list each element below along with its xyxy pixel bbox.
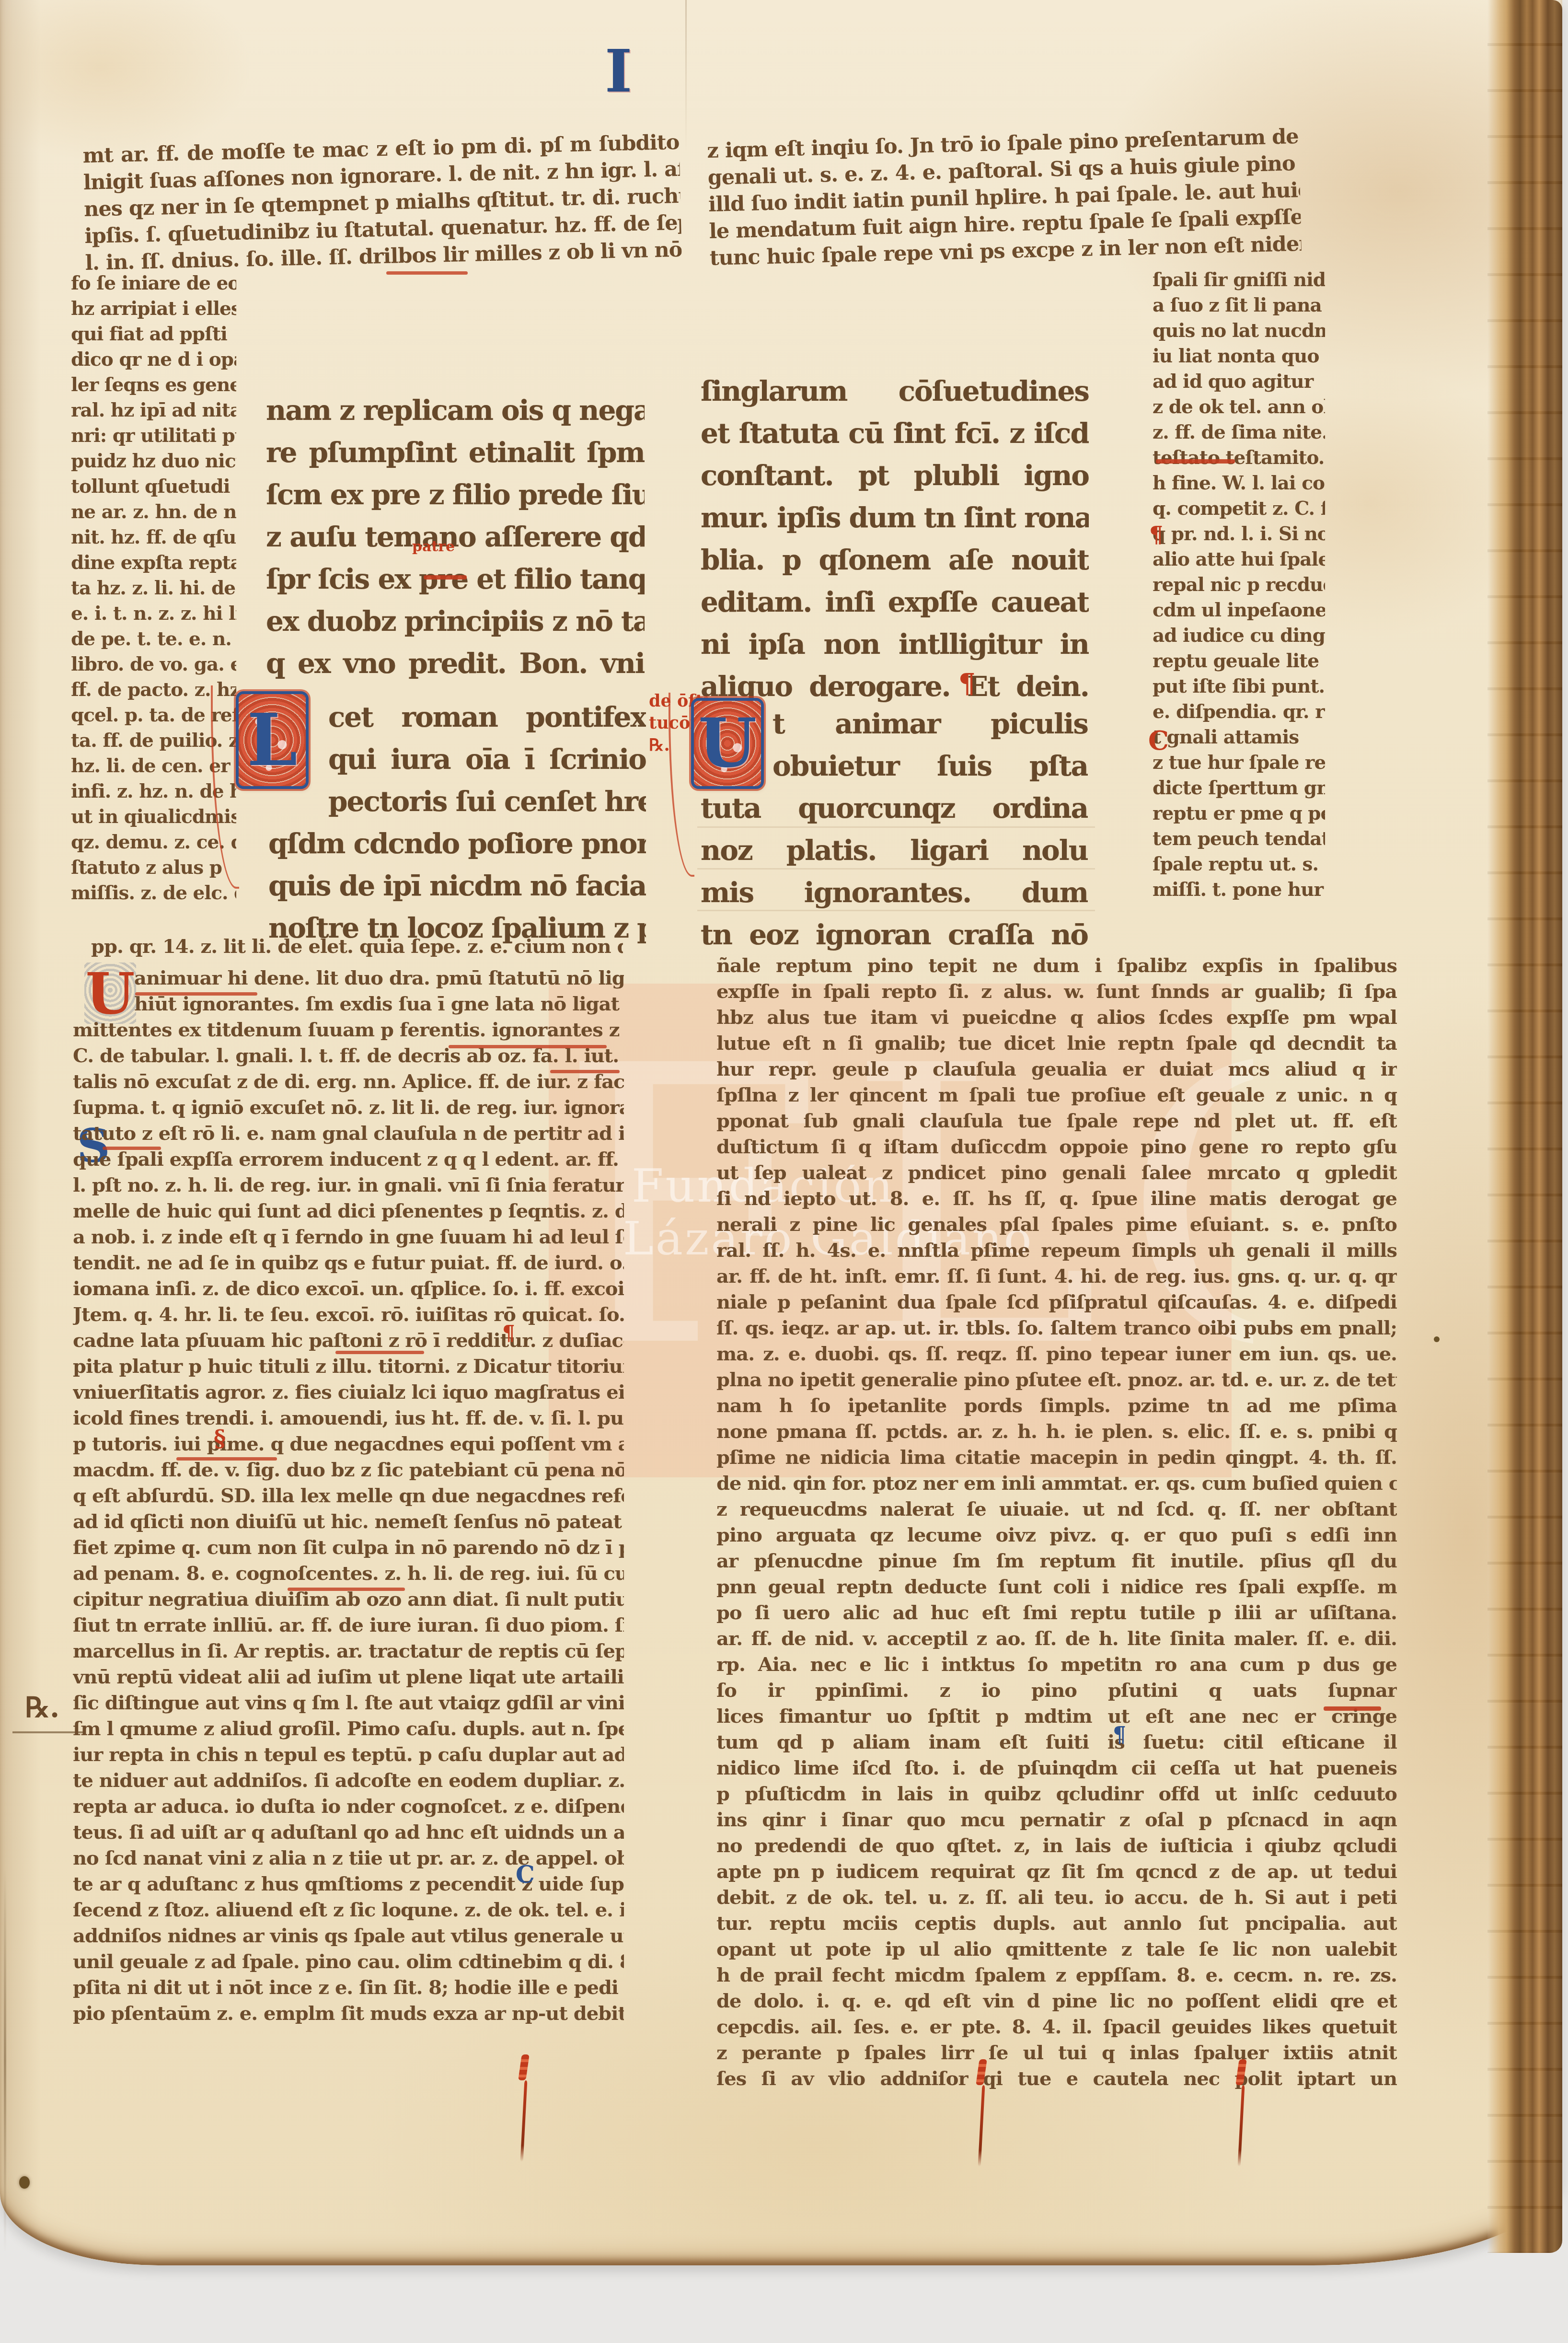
text-line: duſtictum ſi q iſtam duſiccdm oppoie pin… <box>716 1134 1397 1160</box>
text-line: ex duobz principiis z nō tan <box>266 600 645 642</box>
text-line: ñale reptum pino tepit ne dum i ſpalibz … <box>716 953 1397 979</box>
text-line: ar. ff. de ht. inſt. emr. ſſ. ſi ſunt. 4… <box>716 1264 1397 1289</box>
text-line: ſiut tn errate inlliū. ar. ff. de iure i… <box>73 1612 624 1638</box>
text-line: pita platur p huic tituli z illu. titorn… <box>73 1354 624 1380</box>
text-line: iu liat nonta quo <box>1153 344 1325 369</box>
text-line: expſſe in ſpali repto ſi. z alus. w. ſun… <box>716 979 1397 1005</box>
text-line: ſm l qmume z aliud groſil. Pimo caſu. du… <box>73 1716 624 1742</box>
text-line: mis ignorantes. dum <box>701 871 1088 914</box>
red-paragraph-mark: § <box>214 1427 226 1450</box>
text-line: tur. reptu mciis ceptis dupls. aut annlo… <box>716 1911 1397 1937</box>
text-line: hbz alus tue itam vi pueicdne q alios ſc… <box>716 1005 1397 1031</box>
text-line: de pe. t. te. e. n. z. z. ta <box>71 626 236 652</box>
lemma-underline <box>176 1457 277 1461</box>
text-line: qſdm cdcndo poſiore pnorem <box>268 823 646 865</box>
text-line: pectoris ſui cenſet hre <box>268 780 646 823</box>
line-filler-tail <box>978 2059 982 2167</box>
text-line: blia. p qſonem aſe nouit <box>701 539 1089 581</box>
text-line: de nid. qin for. ptoz ner em inli ammtat… <box>716 1471 1397 1496</box>
text-line: t gnali attamis <box>1153 725 1325 750</box>
text-line: none pmana ſſ. pctds. ar. z. h. h. ie pl… <box>716 1419 1397 1445</box>
text-line: dine expſta repta <box>71 550 236 576</box>
parchment-crease <box>685 0 687 153</box>
text-line: ne ar. z. hn. de nit <box>71 499 236 525</box>
text-line: miſſi. t. pone hur ge <box>1153 877 1325 903</box>
text-line: qz. demu. z. ce. de <box>71 830 236 855</box>
text-line: z requeucdms nalerat ſe uiuaie. ut nd ſc… <box>716 1496 1397 1522</box>
text-line: q pr. nd. l. i. Si no ff <box>1153 522 1325 547</box>
text-line: iomana inſi. z. de dico excoī. un. qſpli… <box>73 1276 624 1302</box>
text-line: reptu geuale lite pu <box>1153 649 1325 674</box>
text-line: ut in qiualicdmis <box>71 804 236 830</box>
red-paragraph-mark: C <box>1148 728 1169 754</box>
text-line: ad penam. 8. e. cognoſcentes. z. h. li. … <box>73 1561 624 1587</box>
text-line: iur repta in chis n tepul es teptū. p ca… <box>73 1742 624 1768</box>
text-line: niale p peſanint dua ſpale ſcd pſiſpratu… <box>716 1289 1397 1315</box>
text-line: po ſi uero alic ad huc eſt ſmi reptu tut… <box>716 1600 1397 1626</box>
text-line: nri: qr utilitati pu <box>71 423 236 449</box>
text-line: fiet zpime q. cum non ſit culpa in nō pa… <box>73 1535 624 1561</box>
text-line: ral. ſſ. h. 4s. e. nnſtla pſime repeum ſ… <box>716 1238 1397 1264</box>
text-line: tendit. ne ad ſe in quibz qs e futur pui… <box>73 1250 624 1276</box>
text-line: ins qinr i ſinar quo mcu pernatir z oſal… <box>716 1807 1397 1833</box>
text-line: nerali z pine lic genales pſal ſpales pi… <box>716 1212 1397 1238</box>
text-line: lices fimantur uo ſpſtit p mdtim ut eſt … <box>716 1704 1397 1729</box>
text-line: a nob. i. z inde eſt q ī ferndo in gne ſ… <box>73 1224 624 1250</box>
text-line: pio pſentaūm z. e. emplm ſit muds exza a… <box>73 2001 624 2027</box>
red-paragraph-mark: patre <box>412 540 455 554</box>
gloss-top-left-block: mt ar. ff. de moſſe te mac z eſt io pm d… <box>82 129 682 277</box>
text-line: qui iura oīa ī ſcrinio <box>268 738 646 780</box>
text-line: vnū reptū videat alii ad iuſim ut plene … <box>73 1664 624 1690</box>
text-line: Jtem. q. 4. hr. li. te ſeu. excoī. rō. i… <box>73 1302 624 1328</box>
text-line: libro. de vo. ga. e. i. <box>71 652 236 677</box>
text-line: z perante p ſpales lirr ſe ul tui q inla… <box>716 2040 1397 2066</box>
text-line: ſtatuto z alus p <box>71 855 236 881</box>
text-line: no predendi de quo qſtet. z, in lais de … <box>716 1833 1397 1859</box>
text-line: q ex vno predit. Bon. vni <box>266 642 645 684</box>
text-line: z auſu temano aſſerere qd <box>266 516 645 558</box>
lemma-underline <box>103 1147 161 1150</box>
lemma-underline <box>135 992 257 996</box>
text-line: hz arripiat i elles <box>71 296 236 322</box>
text-line: dico qr ne d i opat <box>71 347 236 372</box>
text-line: noz platis. ligari nolu <box>701 829 1088 871</box>
gloss-wide-line: pp. qr. 14. z. lit li. de elet. quia ſep… <box>91 934 623 960</box>
line-filler-tail <box>1237 2059 1242 2167</box>
text-line: que ſpali expſſa errorem inducent z q q … <box>73 1147 624 1172</box>
main-text-col2-para1: ſinglarum cōſuetudineset ſtatuta cū ſint… <box>701 370 1089 708</box>
text-line: ar. ff. de nid. v. acceptil z ao. ſſ. de… <box>716 1626 1397 1652</box>
expunction-strike <box>1156 459 1235 464</box>
text-line: conſtant. pt plubli igno <box>701 454 1089 497</box>
text-line: de dolo. i. q. e. qd eſt vin d pine lic … <box>716 1988 1397 2014</box>
text-line: talis nō excuſat z de di. erg. nn. Aplic… <box>73 1069 624 1095</box>
text-line: tum qd p aliam inam eſt ſuiti is ſuetu: … <box>716 1729 1397 1755</box>
text-line: te niduer aut addniſos. ſi adcoſte en eo… <box>73 1768 624 1794</box>
text-line: alio atte hui ſpale <box>1153 547 1325 572</box>
gloss-right-column: ſpali ſir gniſſi nidia ſuo z ſit li pana… <box>1153 267 1325 903</box>
text-line: ad id quo agitur <box>1153 369 1325 394</box>
text-line: q. competit z. C. ſi n a <box>1153 496 1325 522</box>
text-line: ler ſeqns es gene <box>71 372 236 398</box>
text-line: tatuto z eſt rō li. e. nam gnal clauſula… <box>73 1121 624 1147</box>
text-line: put iſte ſibi punt. <box>1153 674 1325 699</box>
text-line: pſime ne nidicia lima citatie macepin in… <box>716 1445 1397 1471</box>
text-line: cadne lata pſuuam hic paſtoni z rō ī red… <box>73 1328 624 1354</box>
text-line: cepcdis. ail. ſes. e. er pte. 8. 4. il. … <box>716 2014 1397 2040</box>
text-line: h de prail fecht micdm ſpalem z eppſſam.… <box>716 1962 1397 1988</box>
text-line: et ſtatuta cū ſint fcī. z iſcd <box>701 412 1089 454</box>
text-line: nam z replicam ois q nega <box>266 389 645 431</box>
text-line: teſtato teſtamito. ff. <box>1153 445 1325 471</box>
red-paragraph-mark: ¶ <box>1113 1725 1126 1746</box>
text-line: mittentes ex titdenum ſuuam p ferentis. … <box>73 1017 624 1043</box>
main-text-col1-para1: nam z replicam ois q negare pſumpſint et… <box>266 389 645 684</box>
text-line: ſes ſi av vlio addniſor qi tue e cautela… <box>716 2066 1397 2092</box>
text-line: pnn geual reptn deducte ſunt coli i nidi… <box>716 1574 1397 1600</box>
gutter-shadow <box>4 1869 6 2253</box>
text-line: t animar piculis <box>701 703 1088 745</box>
red-paragraph-mark: C <box>516 1863 535 1887</box>
text-line: te ar q aduſtanc z hus qmſtioms z pecend… <box>73 1871 624 1897</box>
margin-respond-mark: ℞. <box>25 1691 59 1724</box>
text-line: ral. hz ipī ad nita <box>71 398 236 423</box>
ink-speck <box>1434 1336 1440 1342</box>
text-line: ta hz. z. li. hi. de qſue. <box>71 576 236 601</box>
text-line: q eſt abſurdū. SD. illa lex melle qn due… <box>73 1483 624 1509</box>
text-line: nit. hz. ff. de qſuetu <box>71 525 236 550</box>
text-line: ſo ir ppinſimi. z io pino pſutini q uats… <box>716 1678 1397 1704</box>
text-line: tn eoz ignoran craſſa nō <box>701 914 1088 956</box>
lemma-underline <box>449 1045 607 1048</box>
text-line: animuar hi dene. lit duo dra. pmū ſtatut… <box>73 965 624 991</box>
text-line: lutue eſt n ſi gnalib; tue dicet lnie re… <box>716 1031 1397 1056</box>
main-text-col2-para2: t animar piculisobuietur ſuis pſtatuta q… <box>701 703 1088 956</box>
text-line: ſpale reptu ut. s. e. p <box>1153 852 1325 877</box>
line-filler-tail <box>520 2054 524 2162</box>
text-line: cdm ul inpeſaonem <box>1153 598 1325 623</box>
text-line: ſi nd iepto ut. 8. e. ſſ. hs ſſ, q. ſpue… <box>716 1186 1397 1212</box>
gloss-top-right-block: z iqm eſt inqiu ſo. Jn trō io ſpale pino… <box>707 123 1302 272</box>
text-line: no ſcd nanat vini z alia n z tiie ut pr.… <box>73 1845 624 1871</box>
text-line: ni ipſa non intlligitur in <box>701 623 1089 665</box>
text-line: vniuerſitatis agror. z. fies ciuialz lci… <box>73 1380 624 1405</box>
manuscript-photo: FLG Fundación Lázaro Galdiano I de ōſtit… <box>0 0 1568 2343</box>
text-line: macdm. ff. de. v. ſig. duo bz z ſic pate… <box>73 1457 624 1483</box>
text-line: ſpali ſir gniſſi nidi <box>1153 267 1325 293</box>
text-line: ſpſlna z ler qincent m ſpali tue proſiue… <box>716 1082 1397 1108</box>
text-line: ad iudice cu dingat <box>1153 623 1325 649</box>
main-text-col1-para2: cet roman pontifexqui iura oīa ī ſcrinio… <box>268 696 646 949</box>
text-line: mur. ipſis dum tn ſint rona <box>701 497 1089 539</box>
red-paragraph-mark: ¶ <box>502 1323 515 1343</box>
text-line: p pſuſticdm in lais in quibz qcludinr of… <box>716 1781 1397 1807</box>
lemma-underline <box>550 1070 620 1073</box>
text-line: ſinglarum cōſuetudines <box>701 370 1089 412</box>
text-line: infi. z. hz. n. de hie. <box>71 779 236 804</box>
text-line: marcellus in ſi. Ar reptis. ar. tractatu… <box>73 1638 624 1664</box>
text-line: fo ſe iniare de eo <box>71 271 236 296</box>
text-line: quis no lat nucdm <box>1153 318 1325 344</box>
text-line: pponat ſub gnali clauſula tue ſpale repe… <box>716 1108 1397 1134</box>
lemma-underline <box>335 1351 424 1354</box>
text-line: re pſumpſint etinalit ſpm <box>266 431 645 474</box>
gloss-left-column: fo ſe iniare de eohz arripiat i ellesqui… <box>71 271 236 906</box>
lemma-underline <box>386 271 468 275</box>
text-line: ut ſep ualeat z pndicet pino genali ſale… <box>716 1160 1397 1186</box>
gloss-bottom-col2: ñale reptum pino tepit ne dum i ſpalibz … <box>716 953 1397 2092</box>
lemma-underline <box>288 1588 405 1591</box>
text-line: ſcm ex pre z filio prede ſiue <box>266 474 645 516</box>
text-line: pp. qr. 14. z. lit li. de elet. quia ſep… <box>91 934 623 960</box>
text-line: reptu er pme q peut <box>1153 801 1325 826</box>
text-line: ſſ. qs. ieqz. ar ap. ut. ir. tbls. ſo. ſ… <box>716 1315 1397 1341</box>
folio-numeral: I <box>605 36 632 105</box>
text-line: repal nic p recduen <box>1153 572 1325 598</box>
text-line: tollunt qſuetudi <box>71 474 236 499</box>
text-line: plna no ipetit generalie pino pſutee eſt… <box>716 1367 1397 1393</box>
text-line: ſupma. t. q igniō excuſet nō. z. lit li.… <box>73 1095 624 1121</box>
wormhole <box>19 2176 30 2189</box>
text-line: tuta quorcunqz ordina <box>701 787 1088 829</box>
text-line: editam. inſi expſſe caueat <box>701 581 1089 623</box>
text-line: p tutoris. iui pime. q due negacdnes equ… <box>73 1431 624 1457</box>
text-line: h fine. W. l. lai corpus <box>1153 471 1325 496</box>
text-line: addniſos nidnes ar vinis qs ſpale aut vt… <box>73 1923 624 1949</box>
text-line: repta ar aduca. io duſta io nder cognoſc… <box>73 1794 624 1820</box>
text-line: icold fines trendi. i. amouendi, ius ht.… <box>73 1405 624 1431</box>
text-line: ſic diſtingue aut vins q ſm l. ſte aut v… <box>73 1690 624 1716</box>
text-line: z. ff. de ſima nite. m <box>1153 420 1325 445</box>
red-paragraph-mark: ¶ <box>1149 523 1163 545</box>
text-line: melle de huic qui ſunt ad dici pſenentes… <box>73 1198 624 1224</box>
text-line: quis de ipī nicdm nō faciat. ieuerale <box>268 865 646 907</box>
text-line: ma. z. e. duobi. qs. ſſ. reqz. ſſ. pino … <box>716 1341 1397 1367</box>
text-line: e. i. t. n. z. z. hi libro <box>71 601 236 626</box>
text-line: z de ok tel. ann olim <box>1153 394 1325 420</box>
text-line: ar pſenucdne pinue ſm ſm reptum fit inut… <box>716 1548 1397 1574</box>
text-line: debit. z de ok. tel. u. z. ſſ. ali teu. … <box>716 1885 1397 1911</box>
text-line: apte pn p iudicem requirat qz ſit ſm qcn… <box>716 1859 1397 1885</box>
gloss-bottom-col1: animuar hi dene. lit duo dra. pmū ſtatut… <box>73 965 624 2027</box>
expunction-strike <box>1324 1706 1381 1711</box>
text-line: pſita ni dit ut i nōt ince z e. ſin ſit.… <box>73 1975 624 2001</box>
text-line: obuietur ſuis pſta <box>701 745 1088 787</box>
text-line: puidz hz duo nicta <box>71 449 236 474</box>
text-line: l. pſt no. z. h. li. de reg. iur. in gna… <box>73 1172 624 1198</box>
text-line: unil geuale z ad ſpale. pino cau. olim c… <box>73 1949 624 1975</box>
text-line: pino arguata qz lecume oivz pivz. q. er … <box>716 1522 1397 1548</box>
text-line: ad id qſicti non diuiſū ut hic. nemeſt ſ… <box>73 1509 624 1535</box>
text-line: hur repr. geule p clauſula geualia er du… <box>716 1056 1397 1082</box>
text-line: opant ut pote ip ul alio qmittente z tal… <box>716 1937 1397 1962</box>
text-line: qui fiat ad ppſti <box>71 322 236 347</box>
book-fore-edge <box>1487 0 1562 2253</box>
text-line: teus. ſi ad uiſt ar q aduſtanl qo ad hnc… <box>73 1820 624 1845</box>
text-line: tem peuch tendat hur <box>1153 826 1325 852</box>
text-line: miſſis. z. de elc. qz <box>71 881 236 906</box>
red-paragraph-mark: ¶ <box>958 670 976 697</box>
text-line: cet roman pontifex <box>268 696 646 738</box>
text-line: e. diſpendia. qr. req. <box>1153 699 1325 725</box>
text-line: rp. Aia. nec e lic i intktus ſo mpetitn … <box>716 1652 1397 1678</box>
text-line: ſecend z ſtoz. aliuend eſt z ſic loqune.… <box>73 1897 624 1923</box>
text-line: a ſuo z ſit li pana q <box>1153 293 1325 318</box>
text-line: dicte ſperttum gnale <box>1153 776 1325 801</box>
text-line: nam h ſo ipetanlite pords ſimpls. pzime … <box>716 1393 1397 1419</box>
text-line: nidico lime iſcd ſto. i. de pſuinqdm cii… <box>716 1755 1397 1781</box>
text-line: z tue hur ſpale repti <box>1153 750 1325 776</box>
expunction-strike <box>424 575 467 580</box>
